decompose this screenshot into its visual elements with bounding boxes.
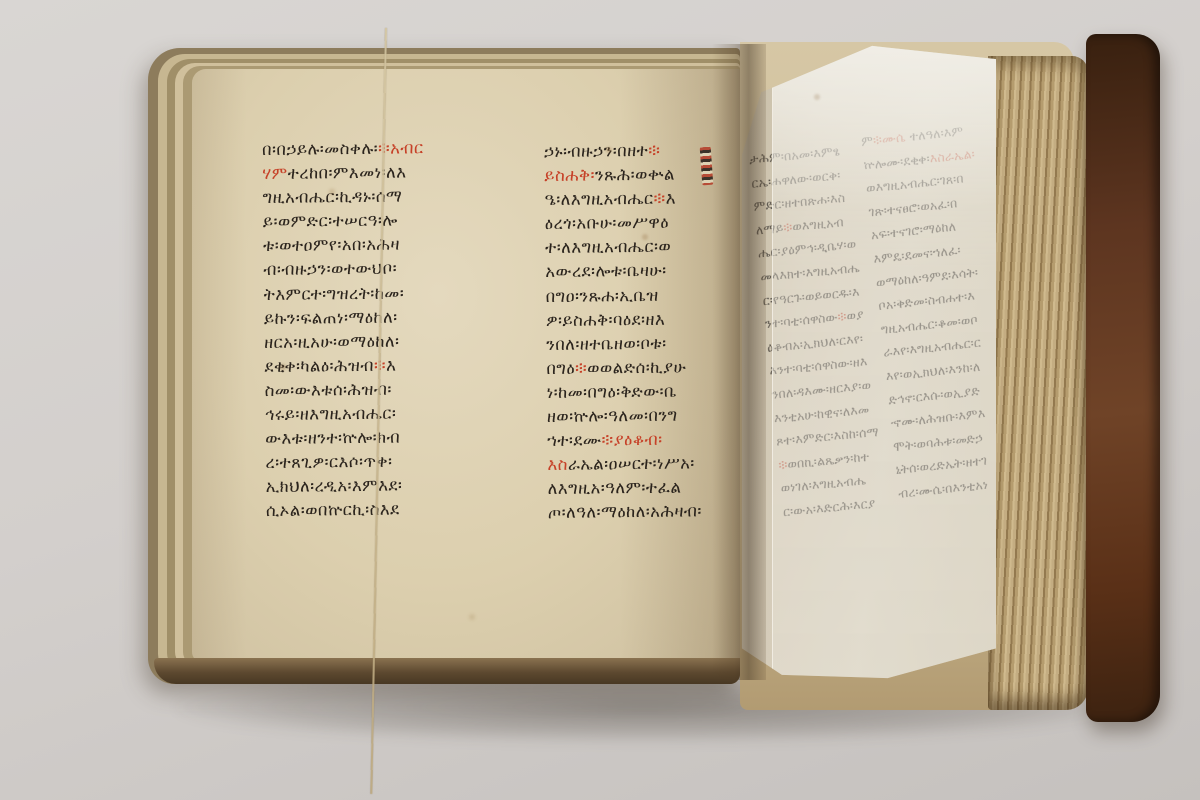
text-line: ይኩን፡ፍልጠነ፡ማዕከለ፡ [264,304,538,331]
rubric-red-text: ፨አብር [378,138,424,157]
black-ink-text: ኀተ፡ደሙ [547,431,602,451]
text-line: ኢክህለ፡ረዲአ፡እምእደ፡ [266,472,540,499]
black-ink-text: በግዐ፡ንጹሐ፡ኢቤዝ [546,285,659,305]
black-ink-text: በ፡በኃይሉ፡መስቀሉ፡ [262,139,378,159]
rubric-red-text: ፨ [648,141,660,160]
black-ink-text: ነ፡ከመ፡በግዕ፡ቅድው፡ቤ [547,382,678,402]
black-ink-text: ዕረጎ፡አቡሁ፡መሥዋዕ [545,213,669,233]
rubric-red-text: ፨ [653,189,665,208]
black-ink-text: ለእግዚአ፡ዓለም፡ተፈል [548,478,682,498]
black-ink-text: ዎ፡ይስሐቅ፡ባዕደ፡ዘእ [546,309,666,329]
text-line: እስራኤል፡ዐሠርተ፡ነሥአ፡ [547,451,745,477]
text-line: ዘወ፡ኵሎ፡ዓለመ፡በንግ [547,403,745,429]
text-line: ሲኦል፡ወበኵርኪ፡ስእደ [266,497,540,524]
black-ink-text: ውእቱ፡ዘንተ፡ኵሎ፡ክብ [265,428,400,448]
fore-edge-page-block [988,56,1088,710]
rubric-red-text: ፨ [575,358,587,377]
text-line: ነ፡ከመ፡በግዕ፡ቅድው፡ቤ [547,379,745,405]
black-ink-text: ተ፡ለእግዚአብሔር፡ወ [545,237,671,257]
left-page-column-1: በ፡በኃይሉ፡መስቀሉ፡፨አብርሃምተረከበ፡ምእመነ፡ለእግዚአብሔር፡ኪዳኑ… [262,135,540,523]
black-ink-text: ተረከበ፡ምእመነ፡ለእ [288,163,407,183]
black-ink-text: ዔ፡ለእግዚአብሔር [545,189,654,209]
black-ink-text: ንበለ፡ዘተቤዘወ፡ቦቱ፡ [546,333,667,353]
text-line: ለእግዚአ፡ዓለም፡ተፈል [548,475,746,501]
text-line: ኃኑ፡ብዙኃን፡በዘተ፨ [544,138,742,164]
text-line: ሃምተረከበ፡ምእመነ፡ለእ [262,159,536,186]
text-line: ጦ፡ለዓለ፡ማዕከለ፡አሕዛብ፡ [548,499,746,525]
black-ink-text: አውረደ፡ሎቱ፡ቤዛሁ፡ [545,261,666,281]
black-ink-text: ይ፡ወምድር፡ተሠርዓ፡ሎ [263,211,398,231]
text-line: በግዕ፨ወወልድሰ፡ኪያሁ [546,355,744,381]
black-ink-text: ንጹሕ፡ወቍል [595,165,675,185]
black-ink-text: ሲኦል፡ወበኵርኪ፡ስእደ [266,500,400,520]
black-ink-text: ደቂቀ፡ካልዕ፡ሕዝብ [264,356,374,376]
black-ink-text: ዘወ፡ኵሎ፡ዓለመ፡በንግ [547,406,678,426]
black-ink-text: ይኩን፡ፍልጠነ፡ማዕከለ፡ [264,307,398,327]
text-line: ግዚአብሔር፡ኪዳኑ፡ሰማ [263,183,537,210]
black-ink-text: ቱ፡ወተዐምየ፡አበ፡አሕዛ [263,235,400,255]
text-line: ዔ፡ለእግዚአብሔር፨እ [545,186,743,212]
black-ink-text: ወወልድሰ፡ኪያሁ [587,357,686,377]
text-line: ኅሩይ፡ዘእግዚአብሔር፡ [265,400,539,427]
text-line: ደቂቀ፡ካልዕ፡ሕዝብ፨እ [264,352,538,379]
black-ink-text: ስመ፡ውእቱሰ፡ሕዝብ፡ [265,380,392,400]
text-line: በግዐ፡ንጹሐ፡ኢቤዝ [546,282,744,308]
text-line: ስመ፡ውእቱሰ፡ሕዝብ፡ [265,376,539,403]
foxing-spots [0,0,4,4]
text-line: ብ፡ብዙኃን፡ወተውህቦ፡ [263,256,537,283]
rubric-red-text: ፨ያዕቆብ፡ [601,430,662,450]
rubric-red-text: እስ [547,455,568,474]
right-page: ታሕም፡በአመ፡እምፄርኤ፡ሐዋለው፡ወርቅ፡ምድር፡ዘተበጽሐ፡እስለማይ፨ወ… [738,36,996,698]
text-line: ዕረጎ፡አቡሁ፡መሥዋዕ [545,210,743,236]
text-line: ትእምርተ፡ግዝረት፡ከመ፡ [264,280,538,307]
photo-of-manuscript: { "scene_colors": { "backdrop_gray": "#d… [0,0,1200,800]
rubric-red-text: ይስሐቅ፡ [544,166,595,186]
tissue-guard [772,36,996,698]
left-page-column-2: ኃኑ፡ብዙኃን፡በዘተ፨ይስሐቅ፡ንጹሕ፡ወቍልዔ፡ለእግዚአብሔር፨እዕረጎ፡… [544,138,746,526]
text-line: በ፡በኃይሉ፡መስቀሉ፡፨አብር [262,135,536,162]
text-line: ውእቱ፡ዘንተ፡ኵሎ፡ክብ [265,424,539,451]
text-line: ኀተ፡ደሙ፨ያዕቆብ፡ [547,427,745,453]
rubric-red-text: ሃም [262,164,287,183]
black-ink-text: ጦ፡ለዓለ፡ማዕከለ፡አሕዛብ፡ [548,502,702,523]
text-line: ረ፡ተጸጊዎ፡ርእሶ፡ጥቀ፡ [265,448,539,475]
text-line: አውረደ፡ሎቱ፡ቤዛሁ፡ [545,258,743,284]
left-block-bottom-edge [154,658,740,684]
black-ink-text: እ [666,189,676,208]
text-line: ቱ፡ወተዐምየ፡አበ፡አሕዛ [263,232,537,259]
black-ink-text: እ [386,355,396,374]
black-ink-text: ብ፡ብዙኃን፡ወተውህቦ፡ [263,259,397,279]
text-line: ይስሐቅ፡ንጹሕ፡ወቍል [544,162,742,188]
black-ink-text: ረ፡ተጸጊዎ፡ርእሶ፡ጥቀ፡ [265,452,392,472]
text-line: ዘርአ፡ዚአሁ፡ወማዕከለ፡ [264,328,538,355]
text-line: ተ፡ለእግዚአብሔር፡ወ [545,234,743,260]
black-ink-text: ኃኑ፡ብዙኃን፡በዘተ [544,141,648,161]
leather-back-cover [1086,34,1160,722]
black-ink-text: ራኤል፡ዐሠርተ፡ነሥአ፡ [568,454,695,474]
black-ink-text: ትእምርተ፡ግዝረት፡ከመ፡ [264,283,405,303]
black-ink-text: በግዕ [546,359,575,378]
black-ink-text: ኢክህለ፡ረዲአ፡እምእደ፡ [266,476,403,496]
text-line: ይ፡ወምድር፡ተሠርዓ፡ሎ [263,207,537,234]
text-line: ዎ፡ይስሐቅ፡ባዕደ፡ዘእ [546,307,744,333]
text-line: ንበለ፡ዘተቤዘወ፡ቦቱ፡ [546,331,744,357]
